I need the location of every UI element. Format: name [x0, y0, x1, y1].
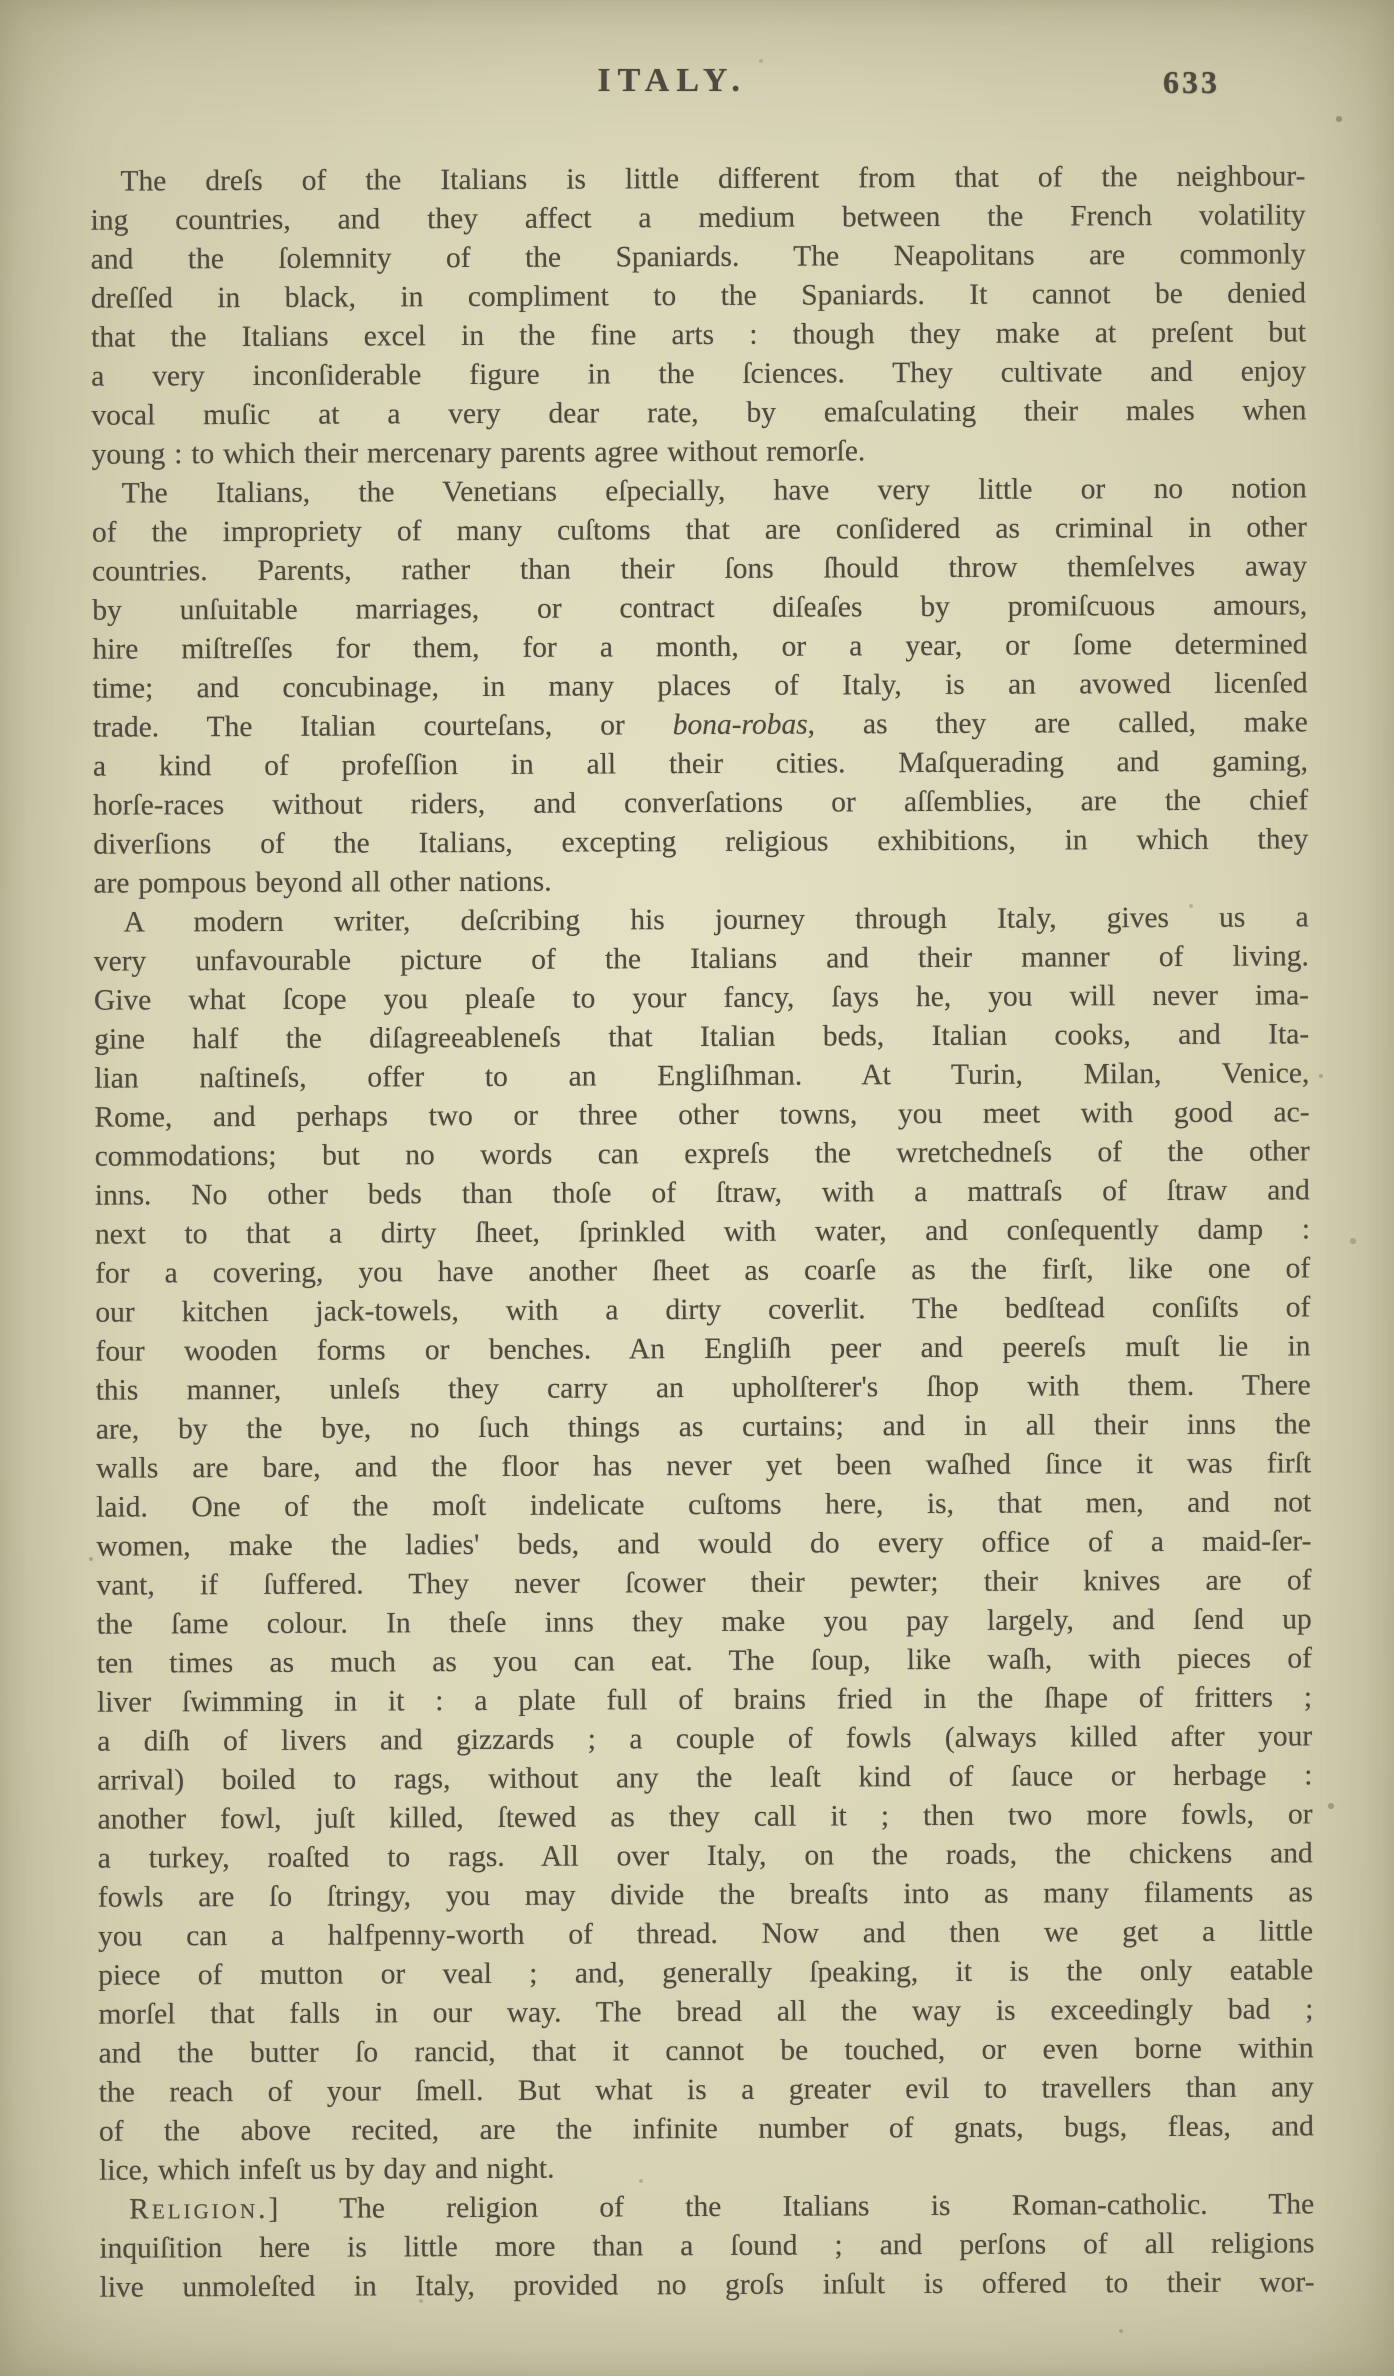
text-line: The dreſs of the Italians is little diff… — [90, 157, 1305, 201]
text-line: the reach of your ſmell. But what is a g… — [99, 2068, 1314, 2112]
text-line: young : to which their mercenary parents… — [92, 430, 1307, 474]
text-line: women, make the ladies' beds, and would … — [96, 1522, 1311, 1566]
text-line: ten times as much as you can eat. The ſo… — [97, 1639, 1312, 1683]
text-line: of the impropriety of many cuſtoms that … — [92, 508, 1307, 552]
text-line: fowls are ſo ſtringy, you may divide the… — [98, 1873, 1313, 1917]
text-line: Religion.] The religion of the Italians … — [99, 2185, 1314, 2229]
text-line: this manner, unleſs they carry an upholſ… — [96, 1366, 1311, 1410]
text-line: you can a halfpenny-worth of thread. Now… — [98, 1912, 1313, 1956]
page-number: 633 — [1163, 64, 1220, 101]
paragraph: The dreſs of the Italians is little diff… — [90, 157, 1306, 474]
text-line: a turkey, roaſted to rags. All over Ital… — [98, 1834, 1313, 1878]
paragraph: Religion.] The religion of the Italians … — [99, 2185, 1314, 2307]
text-line: our kitchen jack-towels, with a dirty co… — [95, 1288, 1310, 1332]
text-line: a very inconſiderable figure in the ſcie… — [91, 352, 1306, 396]
text-line: lian naſtineſs, offer to an Engliſhman. … — [94, 1054, 1309, 1098]
text-line: another fowl, juſt killed, ſtewed as the… — [97, 1795, 1312, 1839]
paper-speckles — [0, 0, 2, 2]
text-line: dreſſed in black, in compliment to the S… — [91, 274, 1306, 318]
text-line: liver ſwimming in it : a plate full of b… — [97, 1678, 1312, 1722]
text-line: laid. One of the moſt indelicate cuſtoms… — [96, 1483, 1311, 1527]
text-line: vocal muſic at a very dear rate, by emaſ… — [91, 391, 1306, 435]
running-title: ITALY. — [597, 62, 746, 100]
text-line: that the Italians excel in the fine arts… — [91, 313, 1306, 357]
text-line: for a covering, you have another ſheet a… — [95, 1249, 1310, 1293]
text-line: live unmoleſted in Italy, provided no gr… — [100, 2263, 1315, 2307]
text-line: Give what ſcope you pleaſe to your fancy… — [94, 976, 1309, 1020]
text-line: a diſh of livers and gizzards ; a couple… — [97, 1717, 1312, 1761]
text-line: four wooden forms or benches. An Engliſh… — [95, 1327, 1310, 1371]
text-line: and the ſolemnity of the Spaniards. The … — [91, 235, 1306, 279]
text-line: next to that a dirty ſheet, ſprinkled wi… — [95, 1210, 1310, 1254]
page-header: ITALY. 633 — [95, 62, 1310, 106]
text-line: are pompous beyond all other nations. — [93, 859, 1308, 903]
text-line: diverſions of the Italians, excepting re… — [93, 820, 1308, 864]
text-line: The Italians, the Venetians eſpecially, … — [92, 469, 1307, 513]
text-line: Rome, and perhaps two or three other tow… — [94, 1093, 1309, 1137]
text-block: The dreſs of the Italians is little diff… — [90, 157, 1314, 2307]
text-line: piece of mutton or veal ; and, generally… — [98, 1951, 1313, 1995]
text-line: very unfavourable picture of the Italian… — [94, 937, 1309, 981]
text-line: arrival) boiled to rags, without any the… — [97, 1756, 1312, 1800]
text-line: hire miſtreſſes for them, for a month, o… — [92, 625, 1307, 669]
text-line: inquiſition here is little more than a ſ… — [99, 2224, 1314, 2268]
text-line: are, by the bye, no ſuch things as curta… — [96, 1405, 1311, 1449]
text-line: walls are bare, and the floor has never … — [96, 1444, 1311, 1488]
text-line: ing countries, and they affect a medium … — [90, 196, 1305, 240]
paragraph: The Italians, the Venetians eſpecially, … — [92, 469, 1309, 903]
text-line: horſe-races without riders, and converſa… — [93, 781, 1308, 825]
smallcaps-heading: Religion. — [129, 2193, 268, 2226]
text-line: commodations; but no words can expreſs t… — [95, 1132, 1310, 1176]
text-line: time; and concubinage, in many places of… — [93, 664, 1308, 708]
text-line: A modern writer, deſcribing his journey … — [94, 898, 1309, 942]
text-line: vant, if ſuffered. They never ſcower the… — [96, 1561, 1311, 1605]
text-line: morſel that falls in our way. The bread … — [98, 1990, 1313, 2034]
text-line: by unſuitable marriages, or contract diſ… — [92, 586, 1307, 630]
text-line: of the above recited, are the infinite n… — [99, 2107, 1314, 2151]
text-line: a kind of profeſſion in all their cities… — [93, 742, 1308, 786]
text-line: countries. Parents, rather than their ſo… — [92, 547, 1307, 591]
text-line: trade. The Italian courteſans, or bona-r… — [93, 703, 1308, 747]
book-page: ITALY. 633 The dreſs of the Italians is … — [0, 0, 1394, 2376]
text-line: lice, which infeſt us by day and night. — [99, 2146, 1314, 2190]
text-line: the ſame colour. In theſe inns they make… — [97, 1600, 1312, 1644]
text-line: inns. No other beds than thoſe of ſtraw,… — [95, 1171, 1310, 1215]
paragraph: A modern writer, deſcribing his journey … — [94, 898, 1315, 2190]
text-line: and the butter ſo rancid, that it cannot… — [98, 2029, 1313, 2073]
text-line: gine half the diſagreeableneſs that Ital… — [94, 1015, 1309, 1059]
italic-term: bona-robas — [673, 709, 808, 742]
